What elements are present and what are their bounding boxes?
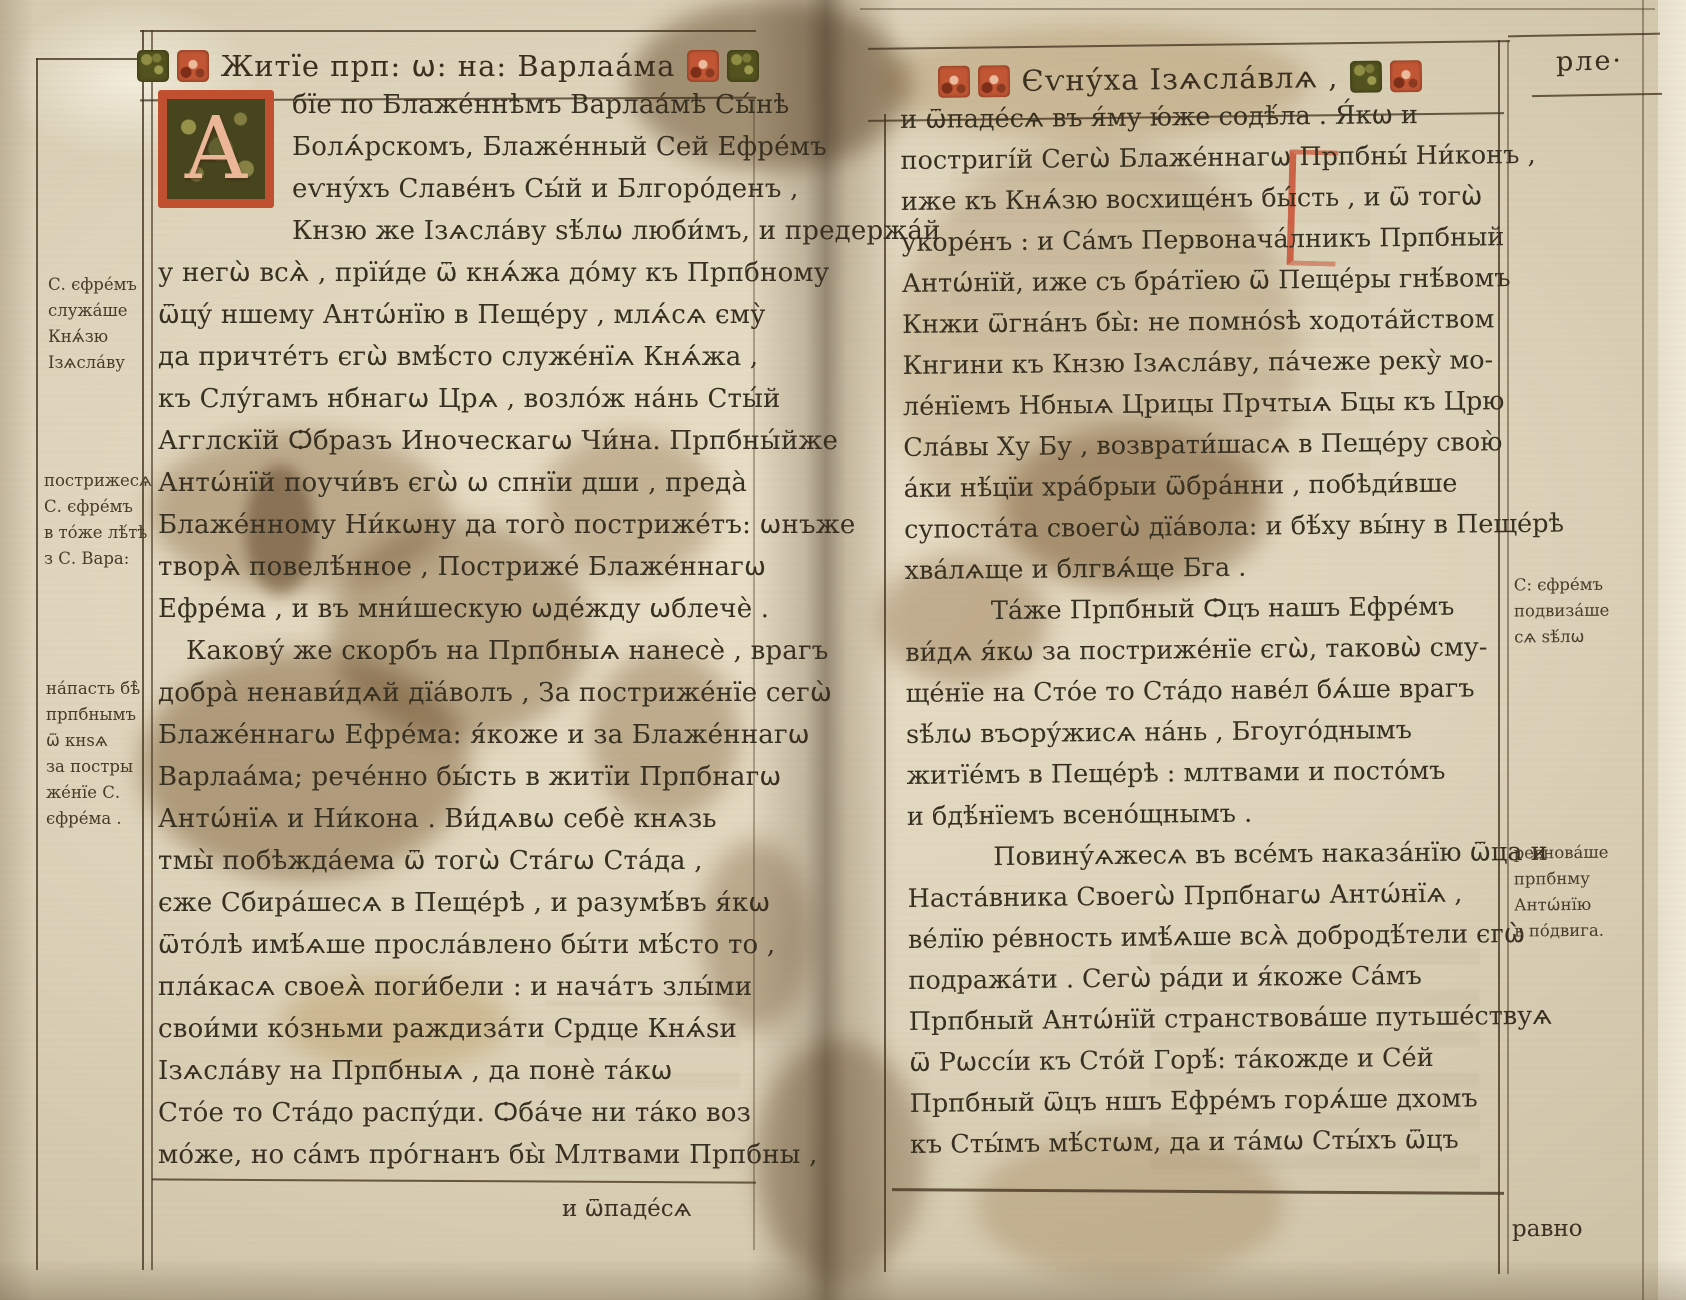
margin-note-line: ѿ кнѕѧ xyxy=(46,728,142,754)
catchword: и ѿпаде́сѧ xyxy=(562,1196,692,1222)
text-line: ѿцу́ ншему Антѡ́нїю в Пеще́ру , млѧ́сѧ є… xyxy=(158,294,752,336)
text-line: Прпбный ѿцъ ншъ Ефре́мъ горѧ́ше дхомъ xyxy=(909,1078,1509,1125)
right-header-title: Єѵну́ха Ізѧсла́влѧ , xyxy=(1021,60,1338,98)
ornament-icon xyxy=(937,66,969,98)
margin-note-line: з С. Вара: xyxy=(44,546,142,572)
text-line: Антѡ́нїй, иже съ бра́тїею ѿ Пеще́ры гнѣ́… xyxy=(902,258,1502,305)
page-edge-stack xyxy=(1658,0,1686,1300)
ruled-line xyxy=(36,58,144,60)
margin-note-line: подвиза́ше xyxy=(1514,597,1634,624)
left-text-block: А бїе по Блаже́ннѣмъ Варлаа́мѣ Сы́нѣБолѧ… xyxy=(158,84,752,1176)
text-line: єже Сбира́шесѧ в Пеще́рѣ , и разумѣ́въ я… xyxy=(158,882,752,924)
margin-note-line: на́пасть бѣ̀ xyxy=(46,676,142,702)
margin-note-line: в по́двига. xyxy=(1514,917,1634,944)
text-line: мо́же, но са́мъ про́гнанъ бы̀ Млтвами Пр… xyxy=(158,1134,752,1176)
text-line: Антѡ́нїѧ и Ни́кона . Ви́дѧвѡ себѐ кнѧзь xyxy=(158,798,752,840)
text-line: хва́лѧще и блгвѧ́ще Бга . xyxy=(904,545,1504,592)
text-line: Сто́е то Ста́до распу́ди. Ѻба́че ни та́к… xyxy=(158,1092,752,1134)
text-line: а́ки нѣ́цїи хра́брыи ѿбра́нни , побѣди́в… xyxy=(904,463,1504,510)
text-line: постригі́й Сегѡ̀ Блаже́ннагѡ Прпбны́ Ни́… xyxy=(900,135,1500,182)
text-line: свои́ми ко́зньми раждиза́ти Срдце Кнѧ́ѕи xyxy=(158,1008,752,1050)
page-number: рле· xyxy=(1556,45,1624,77)
text-line: и ѿпаде́сѧ въ я́му ю́же содѣ́ла . Я́кѡ и xyxy=(900,94,1500,141)
text-line: добра̀ ненави́дѧй дїа́волъ , За постриже… xyxy=(158,672,752,714)
margin-note-line: же́нїе С. xyxy=(46,780,142,806)
text-line: Та́же Прпбный Ѻцъ нашъ Ефре́мъ xyxy=(905,586,1505,633)
text-line: Какову́ же скорбъ на Прпбныѧ нанесѐ , вр… xyxy=(158,630,752,672)
margin-note-line: ревнова́ше xyxy=(1514,839,1634,866)
text-line: Повину́ѧжесѧ въ все́мъ наказа́нїю ѿца и xyxy=(907,832,1507,879)
margin-note: С: єфре́мъподвиза́шесѧ ѕѣ́лѡ xyxy=(1514,571,1635,650)
ruled-line xyxy=(140,30,756,32)
margin-note: ревнова́шепрпбнмуАнтѡ́нїюв по́двига. xyxy=(1514,839,1635,944)
text-line: ве́лїю ре́вность имѣ́ѧше всѧ̀ добродѣ́те… xyxy=(908,914,1508,961)
text-line: Ізѧсла́ву на Прпбныѧ , да понѐ та́кѡ xyxy=(158,1050,752,1092)
text-line: Прпбный Антѡ́нїй странствова́ше путьше́с… xyxy=(909,996,1509,1043)
margin-note-line: С: єфре́мъ xyxy=(1514,571,1634,598)
text-line: тмы̀ побѣжда́ема ѿ тогѡ̀ Ста́гѡ Ста́да , xyxy=(158,840,752,882)
ruled-line xyxy=(36,58,38,1270)
text-line: Блаже́нному Ни́кѡну да того̀ постриже́тъ… xyxy=(158,504,752,546)
photo-left-shadow xyxy=(0,0,34,1300)
ruled-line xyxy=(1508,33,1660,38)
ruled-line xyxy=(152,1178,756,1183)
margin-note-line: пострижесѧ xyxy=(44,468,142,494)
ornament-icon xyxy=(1390,60,1422,92)
ruled-line xyxy=(151,30,153,1270)
margin-note-line: Ізѧсла́ву xyxy=(48,350,142,376)
left-header-title: Житїе прп: ѡ: на: Варлаа́ма xyxy=(221,49,676,83)
ruled-line xyxy=(884,114,886,1272)
margin-note-line: прпбнымъ xyxy=(46,702,142,728)
margin-note-line: С. єфре́мъ xyxy=(48,272,142,298)
book-spread-photo: Житїе прп: ѡ: на: Варлаа́ма А бїе по Бла… xyxy=(0,0,1686,1300)
text-line: иже къ Кнѧ́зю восхище́нъ бы́сть , и ѿ то… xyxy=(901,176,1501,223)
text-line: у негѡ̀ всѧ̀ , прїи́де ѿ кнѧ́жа до́му къ… xyxy=(158,252,752,294)
header-ornaments-right xyxy=(687,50,759,82)
margin-note: С. єфре́мъслужа́шеКнѧ́зюІзѧсла́ву xyxy=(48,272,142,376)
text-line: къ Слу́гамъ нбнагѡ Црѧ , возло́ж на́нь С… xyxy=(158,378,752,420)
text-line: Агглскїй Ѻ́бразъ Иноческагѡ Чи́на. Прпбн… xyxy=(158,420,752,462)
right-text-block: и ѿпаде́сѧ въ я́му ю́же содѣ́ла . Я́кѡ и… xyxy=(900,94,1510,1166)
margin-note-line: в то́же лѣ́тѣ xyxy=(44,520,142,546)
ruled-line xyxy=(142,30,144,1270)
margin-note-line: служа́ше xyxy=(48,298,142,324)
text-line: ви́дѧ я́кѡ за постриже́нїе єгѡ̀, таковѡ̀… xyxy=(905,627,1505,674)
text-line: Варлаа́ма; рече́нно бы́сть в житїи Прпбн… xyxy=(158,756,752,798)
margin-note-line: Антѡ́нїю xyxy=(1514,891,1634,918)
text-line: Наста́вника Своегѡ̀ Прпбнагѡ Антѡ́нїѧ , xyxy=(907,873,1507,920)
margin-note: на́пасть бѣ̀прпбнымъѿ кнѕѧза пострыже́нї… xyxy=(46,676,142,832)
catchword: равно xyxy=(1512,1216,1583,1243)
text-line: да причте́тъ єгѡ̀ вмѣ́сто служе́нїѧ Кнѧ́… xyxy=(158,336,752,378)
text-line: ѿто́лѣ имѣ́ѧше просла́влено бы́ти мѣ́сто… xyxy=(158,924,752,966)
page-edge-line xyxy=(1642,0,1644,1300)
drop-cap-letter: А xyxy=(183,106,248,192)
text-line: ле́нїемъ Нбныѧ Црицы Прчтыѧ Бцы къ Црю xyxy=(903,381,1503,428)
text-line: Кнжи ѿгна́нъ бы̀: не помно́ѕѣ ходота́йст… xyxy=(902,299,1502,346)
margin-note-line: С. єфре́мъ xyxy=(44,494,142,520)
text-line: пла́касѧ своеѧ̀ поги́бели : и нача́тъ зл… xyxy=(158,966,752,1008)
text-line: ѿ Рѡссі́и къ Сто́й Горѣ́: та́кожде и Се́… xyxy=(909,1037,1509,1084)
header-ornaments-right xyxy=(1350,60,1422,93)
header-ornaments-left xyxy=(137,50,209,82)
margin-note-line: за постры xyxy=(46,754,142,780)
ornament-icon xyxy=(687,50,719,82)
ornament-icon xyxy=(977,65,1009,97)
ornament-icon xyxy=(727,50,759,82)
text-line: и бдѣ́нїемъ всено́щнымъ . xyxy=(907,791,1507,838)
text-line: ще́нїе на Сто́е то Ста́до наве́л бѧ́ше в… xyxy=(906,668,1506,715)
text-line: Кнзю же Ізѧсла́ву ѕѣ́лѡ люби́мъ, и преде… xyxy=(158,210,752,252)
page-top-edge xyxy=(860,8,1655,10)
text-line: Ефре́ма , и въ мни́шескую ѡде́жду ѡблечѐ… xyxy=(158,588,752,630)
decorated-initial: А xyxy=(158,90,274,208)
margin-note-line: єфре́ма . xyxy=(46,806,142,832)
margin-note-line: Кнѧ́зю xyxy=(48,324,142,350)
ornament-icon xyxy=(137,50,169,82)
text-line: укоре́нъ : и Са́мъ Первонача́лникъ Прпбн… xyxy=(901,217,1501,264)
ornament-icon xyxy=(177,50,209,82)
photo-bottom-shadow xyxy=(0,1258,1686,1300)
text-line: къ Сты́мъ мѣ́стѡм, да и та́мѡ Сты́хъ ѿцъ xyxy=(910,1119,1510,1166)
header-ornaments-left xyxy=(937,65,1009,98)
text-line: подража́ти . Сегѡ̀ ра́ди и я́коже Са́мъ xyxy=(908,955,1508,1002)
text-line: Антѡ́нїй поучи́въ єгѡ̀ ѡ спнїи дши , пре… xyxy=(158,462,752,504)
text-line: Кнгини къ Кнзю Ізѧсла́ву, па́чеже реку̀ … xyxy=(902,340,1502,387)
margin-note-line: сѧ ѕѣ́лѡ xyxy=(1514,623,1634,650)
text-line: житїе́мъ в Пеще́рѣ : млтвами и посто́мъ xyxy=(906,750,1506,797)
margin-note: пострижесѧС. єфре́мъв то́же лѣ́тѣз С. Ва… xyxy=(44,468,142,572)
text-line: Блаже́ннагѡ Ефре́ма: я́коже и за Блаже́н… xyxy=(158,714,752,756)
ornament-icon xyxy=(1350,61,1382,93)
text-line: супоста́та своегѡ̀ дїа́вола: и бѣ́ху вы́… xyxy=(904,504,1504,551)
margin-note-line: прпбнму xyxy=(1514,865,1634,892)
text-line: творѧ̀ повелѣ́нное , Постриже́ Блаже́нна… xyxy=(158,546,752,588)
text-line: ѕѣ́лѡ въѻру́жисѧ на́нь , Бгоуго́днымъ xyxy=(906,709,1506,756)
ruled-line xyxy=(892,1188,1504,1195)
text-line: Сла́вы Ху Бу , возврати́шасѧ в Пеще́ру с… xyxy=(903,422,1503,469)
